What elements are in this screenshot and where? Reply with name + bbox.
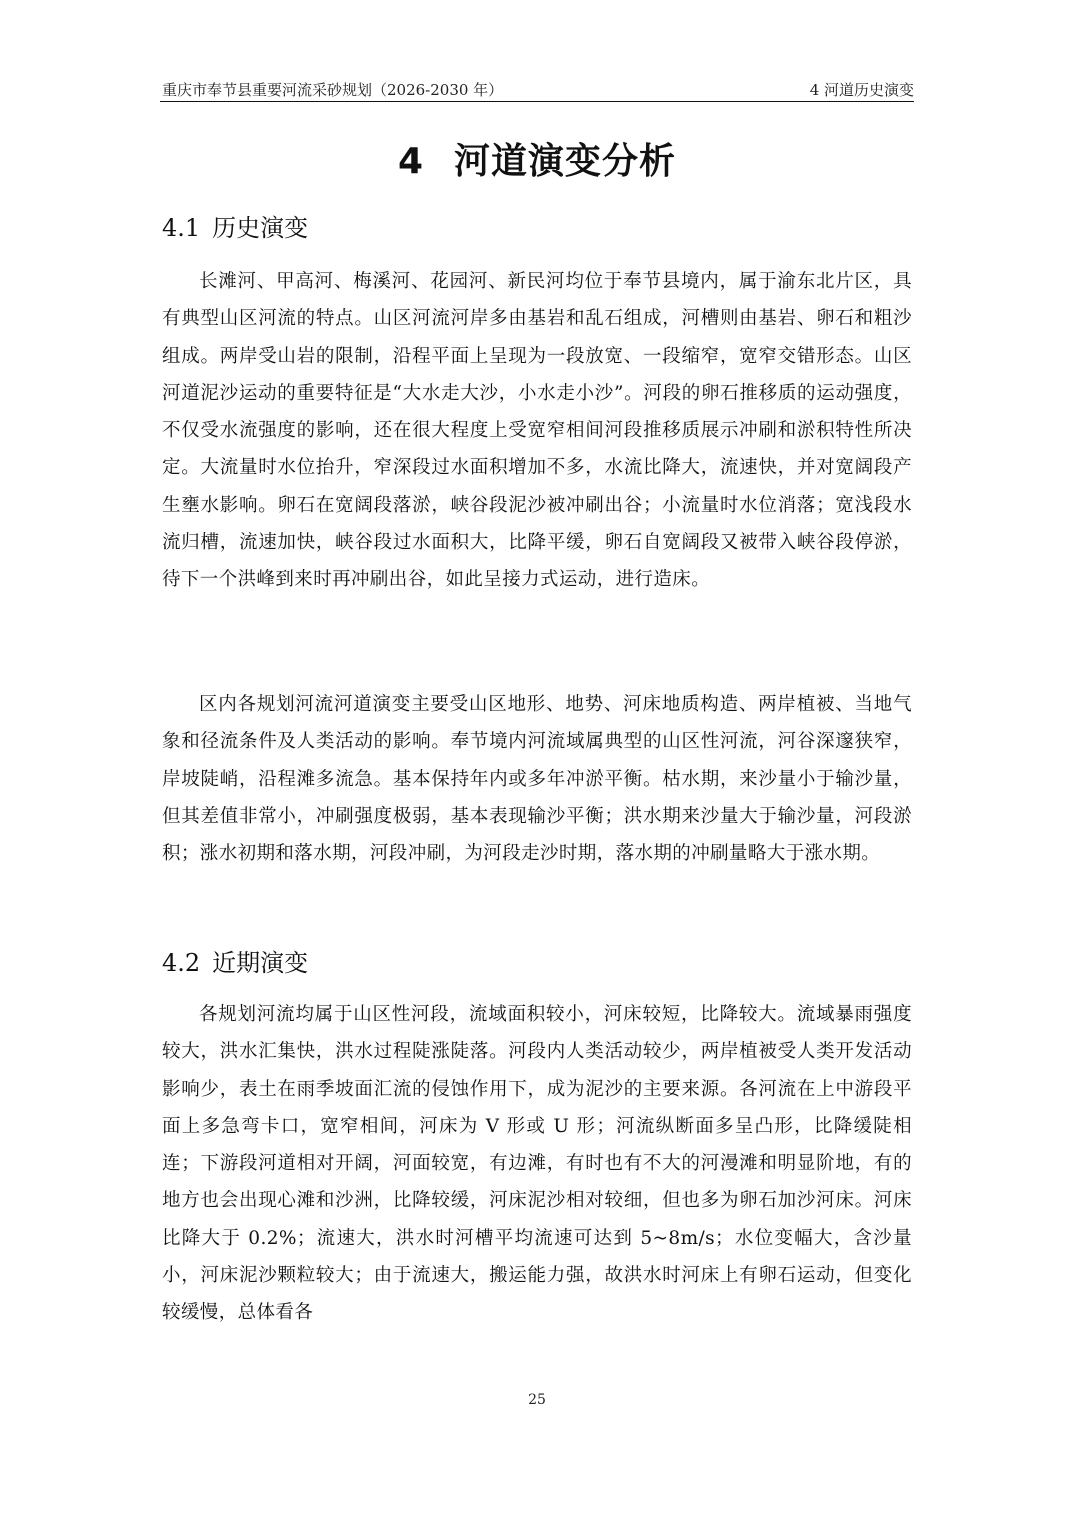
header-document-title: 重庆市奉节县重要河流采砂规划（2026-2030 年） [162, 80, 503, 100]
chapter-number: 4 [398, 141, 424, 182]
section-heading-4-2: 4.2近期演变 [162, 947, 308, 979]
paragraph-4-1-1: 长滩河、甲高河、梅溪河、花园河、新民河均位于奉节县境内，属于渝东北片区，具有典型… [162, 263, 912, 599]
paragraph-4-2-1: 各规划河流均属于山区性河段，流域面积较小，河床较短，比降较大。流域暴雨强度较大，… [162, 996, 912, 1332]
header-rule [160, 101, 914, 102]
section-title: 近期演变 [212, 949, 308, 977]
chapter-title-text: 河道演变分析 [454, 141, 676, 182]
section-title: 历史演变 [212, 214, 308, 242]
section-number: 4.1 [162, 214, 200, 242]
section-number: 4.2 [162, 949, 200, 977]
header-chapter-ref: 4 河道历史演变 [810, 80, 914, 100]
chapter-title: 4河道演变分析 [0, 138, 1074, 186]
document-page: 重庆市奉节县重要河流采砂规划（2026-2030 年） 4 河道历史演变 4河道… [0, 0, 1074, 1520]
paragraph-4-1-2: 区内各规划河流河道演变主要受山区地形、地势、河床地质构造、两岸植被、当地气象和径… [162, 686, 912, 872]
page-number: 25 [0, 1390, 1074, 1410]
section-heading-4-1: 4.1历史演变 [162, 212, 308, 244]
running-header: 重庆市奉节县重要河流采砂规划（2026-2030 年） 4 河道历史演变 [162, 76, 914, 100]
